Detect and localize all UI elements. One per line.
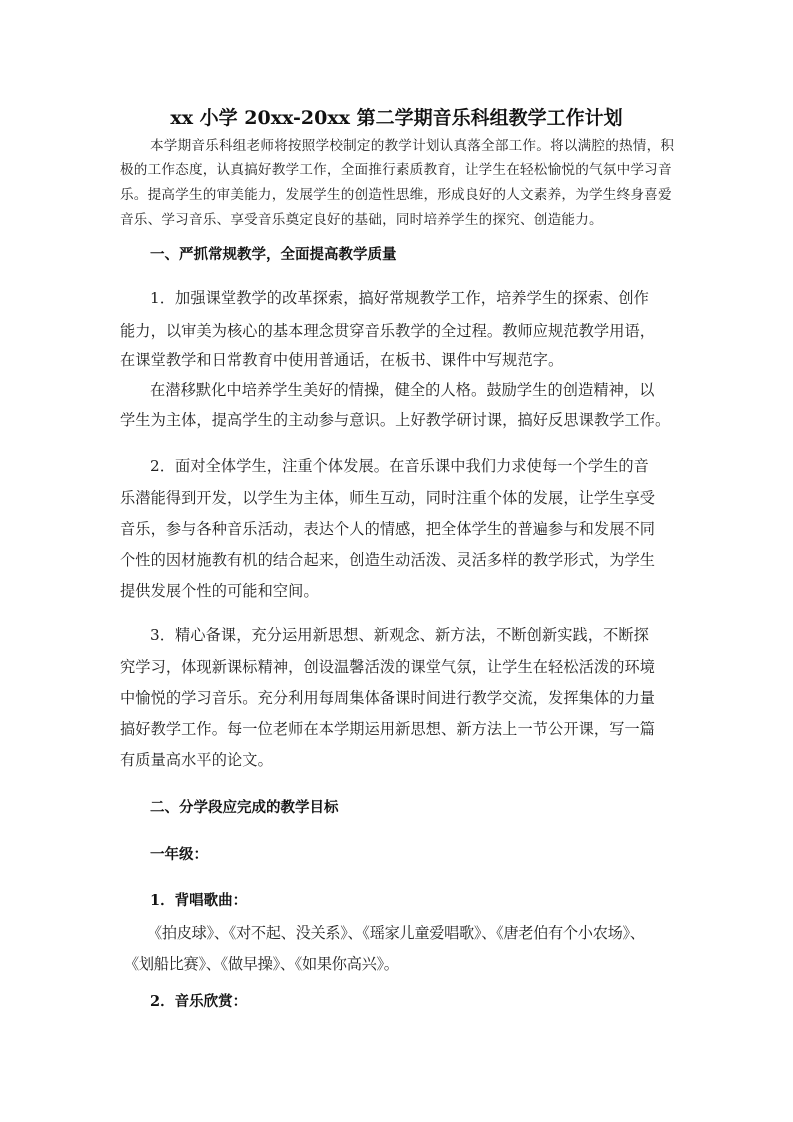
paragraph-line: 3．精心备课，充分运用新思想、新观念、新方法，不断创新实践，不断探: [150, 624, 649, 645]
song-list-line: 《划船比赛》、《做早操》、《如果你高兴》。: [124, 953, 399, 974]
paragraph-line: 在课堂教学和日常教育中使用普通话，在板书、课件中写规范字。: [120, 349, 563, 370]
paragraph-line: 能力，以审美为核心的基本理念贯穿音乐教学的全过程。教师应规范教学用语，: [120, 320, 655, 341]
intro-line: 极的工作态度，认真搞好教学工作，全面推行素质教育，让学生在轻松愉悦的气氛中学习音: [120, 158, 672, 178]
paragraph-line: 究学习，体现新课标精神，创设温馨活泼的课堂气氛，让学生在轻松活泼的环境: [120, 656, 655, 677]
intro-line: 音乐、学习音乐、享受音乐奠定良好的基础，同时培养学生的探究、创造能力。: [120, 208, 603, 228]
paragraph-line: 2．面对全体学生，注重个体发展。在音乐课中我们力求使每一个学生的音: [150, 455, 649, 476]
section1-heading: 一、严抓常规教学，全面提高教学质量: [150, 243, 397, 264]
grade-heading: 一年级：: [150, 843, 208, 864]
document-title: xx 小学 20xx-20xx 第二学期音乐科组教学工作计划: [0, 103, 793, 130]
paragraph-line: 有质量高水平的论文。: [120, 749, 273, 770]
paragraph-line: 提供发展个性的可能和空间。: [120, 580, 319, 601]
paragraph-line: 中愉悦的学习音乐。充分利用每周集体备课时间进行教学交流，发挥集体的力量: [120, 687, 655, 708]
paragraph-line: 1．加强课堂教学的改革探索，搞好常规教学工作，培养学生的探索、创作: [150, 287, 649, 308]
paragraph-line: 搞好教学工作。每一位老师在本学期运用新思想、新方法上一节公开课，写一篇: [120, 718, 655, 739]
paragraph-line: 学生为主体，提高学生的主动参与意识。上好教学研讨课，搞好反思课教学工作。: [120, 409, 670, 430]
song-list-line: 《拍皮球》、《对不起、没关系》、《瑶家儿童爱唱歌》、《唐老伯有个小农场》、: [147, 922, 645, 943]
intro-line: 乐。提高学生的审美能力，发展学生的创造性思维，形成良好的人文素养，为学生终身喜爱: [120, 183, 672, 203]
paragraph-line: 音乐，参与各种音乐活动，表达个人的情感，把全体学生的普遍参与和发展不同: [120, 518, 655, 539]
document-page: xx 小学 20xx-20xx 第二学期音乐科组教学工作计划 本学期音乐科组老师…: [0, 0, 793, 1122]
subheading-songs: 1．背唱歌曲：: [150, 889, 247, 910]
intro-line: 本学期音乐科组老师将按照学校制定的教学计划认真落全部工作。将以满腔的热情，积: [150, 134, 674, 154]
subheading-appreciation: 2．音乐欣赏：: [150, 990, 247, 1011]
paragraph-line: 个性的因材施教有机的结合起来，创造生动活泼、灵活多样的教学形式，为学生: [120, 549, 655, 570]
paragraph-line: 乐潜能得到开发，以学生为主体，师生互动，同时注重个体的发展，让学生享受: [120, 487, 655, 508]
paragraph-line: 在潜移默化中培养学生美好的情操，健全的人格。鼓励学生的创造精神，以: [150, 379, 655, 400]
section2-heading: 二、分学段应完成的教学目标: [150, 796, 339, 817]
